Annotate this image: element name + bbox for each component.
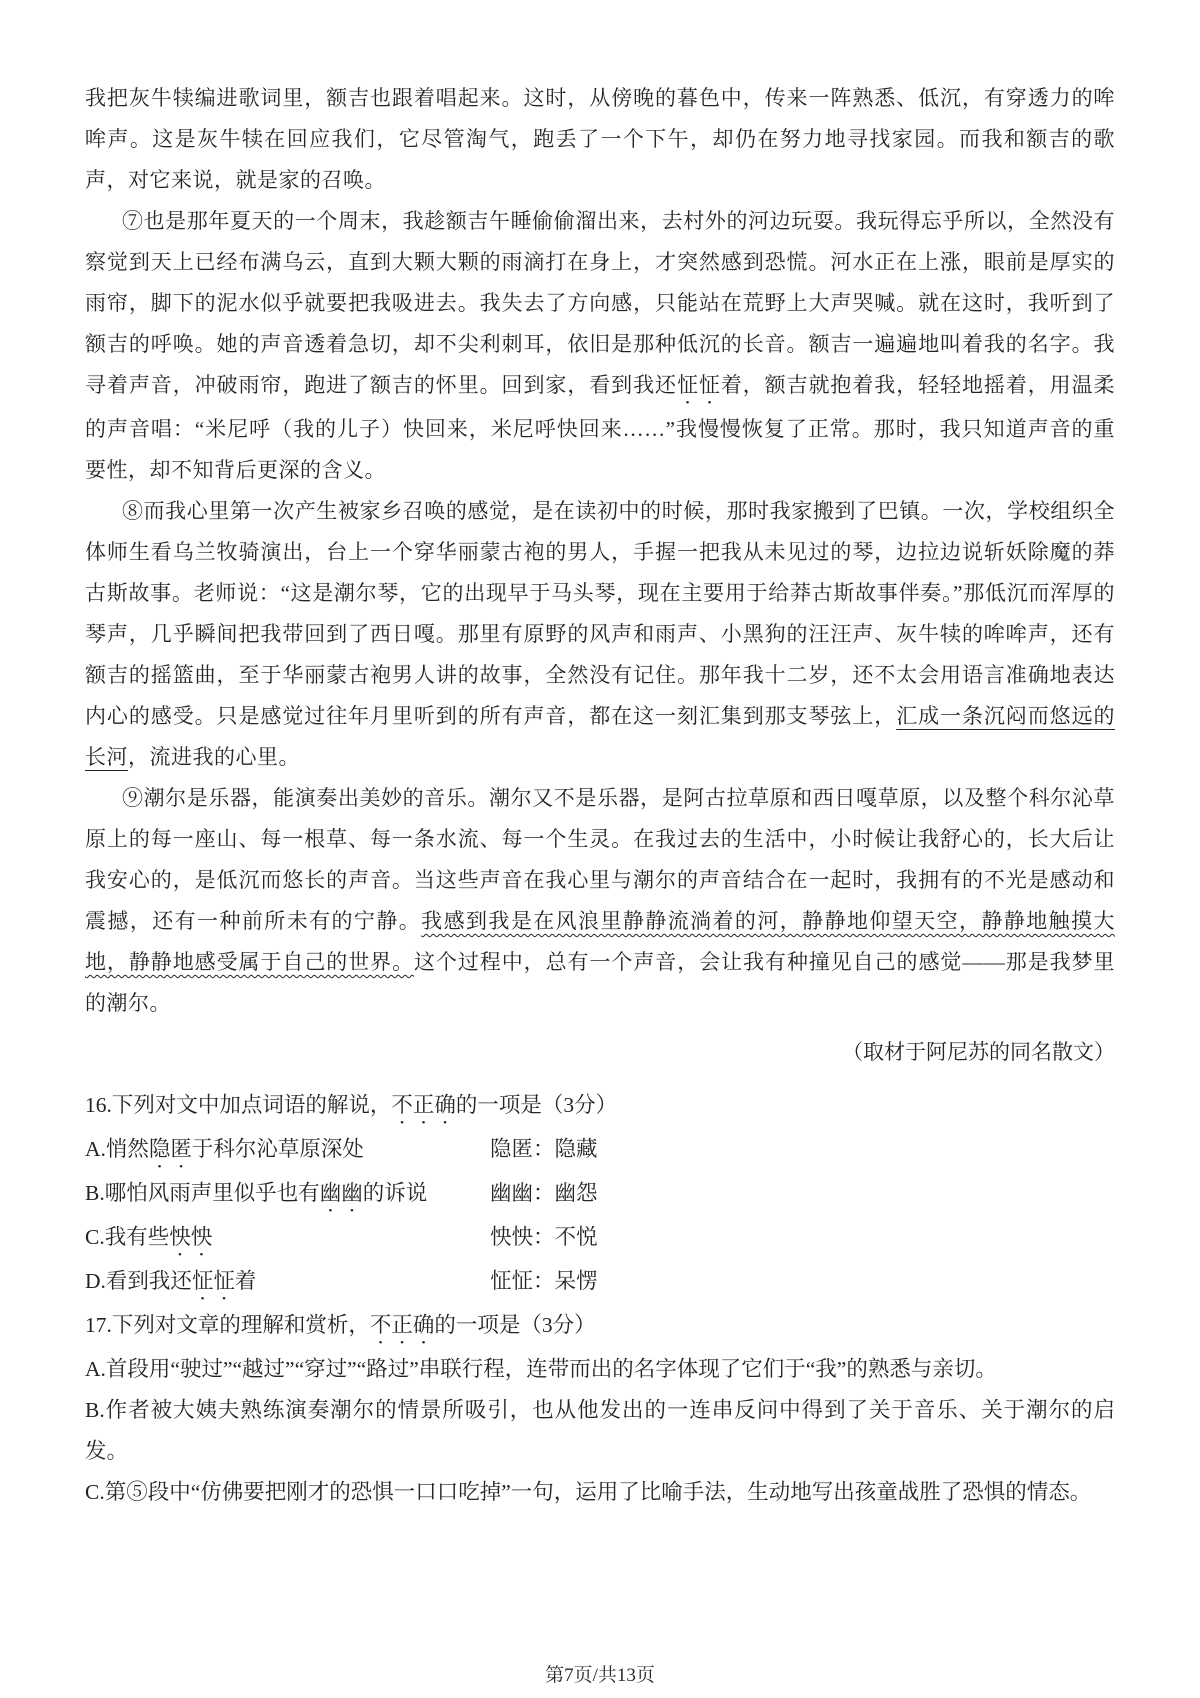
option-text: C.我有些怏怏 bbox=[85, 1217, 490, 1261]
question-17-stem: 17.下列对文章的理解和赏析，不正确的一项是（3分） bbox=[85, 1305, 1115, 1349]
option-definition: 怏怏：不悦 bbox=[490, 1217, 1115, 1261]
text-segment-dots: 隐匿 bbox=[149, 1137, 192, 1161]
text-segment: B.哪怕风雨声里似乎也有 bbox=[85, 1181, 320, 1205]
text-segment: 于科尔沁草原深处 bbox=[192, 1137, 364, 1161]
option-text: B.哪怕风雨声里似乎也有幽幽的诉说 bbox=[85, 1173, 490, 1217]
text-segment-dots: 不正确 bbox=[391, 1093, 456, 1117]
text-segment: ，流进我的心里。 bbox=[128, 745, 300, 769]
question-17-option-a: A.首段用“驶过”“越过”“穿过”“路过”串联行程，连带而出的名字体现了它们于“… bbox=[85, 1349, 1115, 1390]
text-segment: 的一项是（3分） bbox=[456, 1093, 617, 1117]
option-definition: 隐匿：隐藏 bbox=[490, 1129, 1115, 1173]
passage-attribution: （取材于阿尼苏的同名散文） bbox=[85, 1032, 1115, 1073]
question-16-stem: 16.下列对文中加点词语的解说，不正确的一项是（3分） bbox=[85, 1085, 1115, 1129]
option-text: A.悄然隐匿于科尔沁草原深处 bbox=[85, 1129, 490, 1173]
text-segment: 的诉说 bbox=[363, 1181, 428, 1205]
text-segment-dots: 幽幽 bbox=[320, 1181, 363, 1205]
text-segment: 17.下列对文章的理解和赏析， bbox=[85, 1313, 370, 1337]
question-16-option-d: D.看到我还怔怔着 怔怔：呆愣 bbox=[85, 1261, 1115, 1305]
text-segment: 着 bbox=[235, 1269, 257, 1293]
text-segment: A.悄然 bbox=[85, 1137, 149, 1161]
question-16-option-b: B.哪怕风雨声里似乎也有幽幽的诉说 幽幽：幽怨 bbox=[85, 1173, 1115, 1217]
text-segment: 我把灰牛犊编进歌词里，额吉也跟着唱起来。这时，从傍晚的暮色中，传来一阵熟悉、低沉… bbox=[85, 86, 1115, 192]
question-17-option-b: B.作者被大姨夫熟练演奏潮尔的情景所吸引，也从他发出的一连串反问中得到了关于音乐… bbox=[85, 1390, 1115, 1472]
text-segment-dots: 不正确 bbox=[370, 1313, 435, 1337]
text-segment-dots: 怏怏 bbox=[169, 1225, 212, 1249]
reading-passage: 我把灰牛犊编进歌词里，额吉也跟着唱起来。这时，从傍晚的暮色中，传来一阵熟悉、低沉… bbox=[85, 78, 1115, 1073]
question-17-option-c: C.第⑤段中“仿佛要把刚才的恐惧一口口吃掉”一句，运用了比喻手法，生动地写出孩童… bbox=[85, 1472, 1115, 1513]
option-text: D.看到我还怔怔着 bbox=[85, 1261, 490, 1305]
text-segment: ⑧而我心里第一次产生被家乡召唤的感觉，是在读初中的时候，那时我家搬到了巴镇。一次… bbox=[85, 499, 1115, 728]
passage-paragraph-7: ⑦也是那年夏天的一个周末，我趁额吉午睡偷偷溜出来，去村外的河边玩耍。我玩得忘乎所… bbox=[85, 201, 1115, 491]
text-segment: ⑦也是那年夏天的一个周末，我趁额吉午睡偷偷溜出来，去村外的河边玩耍。我玩得忘乎所… bbox=[85, 209, 1115, 397]
question-17: 17.下列对文章的理解和赏析，不正确的一项是（3分） A.首段用“驶过”“越过”… bbox=[85, 1305, 1115, 1513]
question-16-option-a: A.悄然隐匿于科尔沁草原深处 隐匿：隐藏 bbox=[85, 1129, 1115, 1173]
option-definition: 幽幽：幽怨 bbox=[490, 1173, 1115, 1217]
text-segment-dots: 怔怔 bbox=[192, 1269, 235, 1293]
exam-page: 我把灰牛犊编进歌词里，额吉也跟着唱起来。这时，从傍晚的暮色中，传来一阵熟悉、低沉… bbox=[0, 0, 1200, 1698]
text-segment: C.我有些 bbox=[85, 1225, 169, 1249]
page-number-footer: 第7页/共13页 bbox=[0, 1660, 1200, 1687]
option-definition: 怔怔：呆愣 bbox=[490, 1261, 1115, 1305]
text-segment: D.看到我还 bbox=[85, 1269, 192, 1293]
questions-section: 16.下列对文中加点词语的解说，不正确的一项是（3分） A.悄然隐匿于科尔沁草原… bbox=[85, 1085, 1115, 1513]
passage-paragraph-9: ⑨潮尔是乐器，能演奏出美妙的音乐。潮尔又不是乐器，是阿古拉草原和西日嘎草原，以及… bbox=[85, 778, 1115, 1024]
question-16: 16.下列对文中加点词语的解说，不正确的一项是（3分） A.悄然隐匿于科尔沁草原… bbox=[85, 1085, 1115, 1305]
question-16-option-c: C.我有些怏怏 怏怏：不悦 bbox=[85, 1217, 1115, 1261]
passage-paragraph-6-continuation: 我把灰牛犊编进歌词里，额吉也跟着唱起来。这时，从傍晚的暮色中，传来一阵熟悉、低沉… bbox=[85, 78, 1115, 201]
text-segment-dots: 怔怔 bbox=[677, 373, 721, 397]
text-segment: 的一项是（3分） bbox=[434, 1313, 595, 1337]
passage-paragraph-8: ⑧而我心里第一次产生被家乡召唤的感觉，是在读初中的时候，那时我家搬到了巴镇。一次… bbox=[85, 491, 1115, 778]
text-segment: 16.下列对文中加点词语的解说， bbox=[85, 1093, 391, 1117]
